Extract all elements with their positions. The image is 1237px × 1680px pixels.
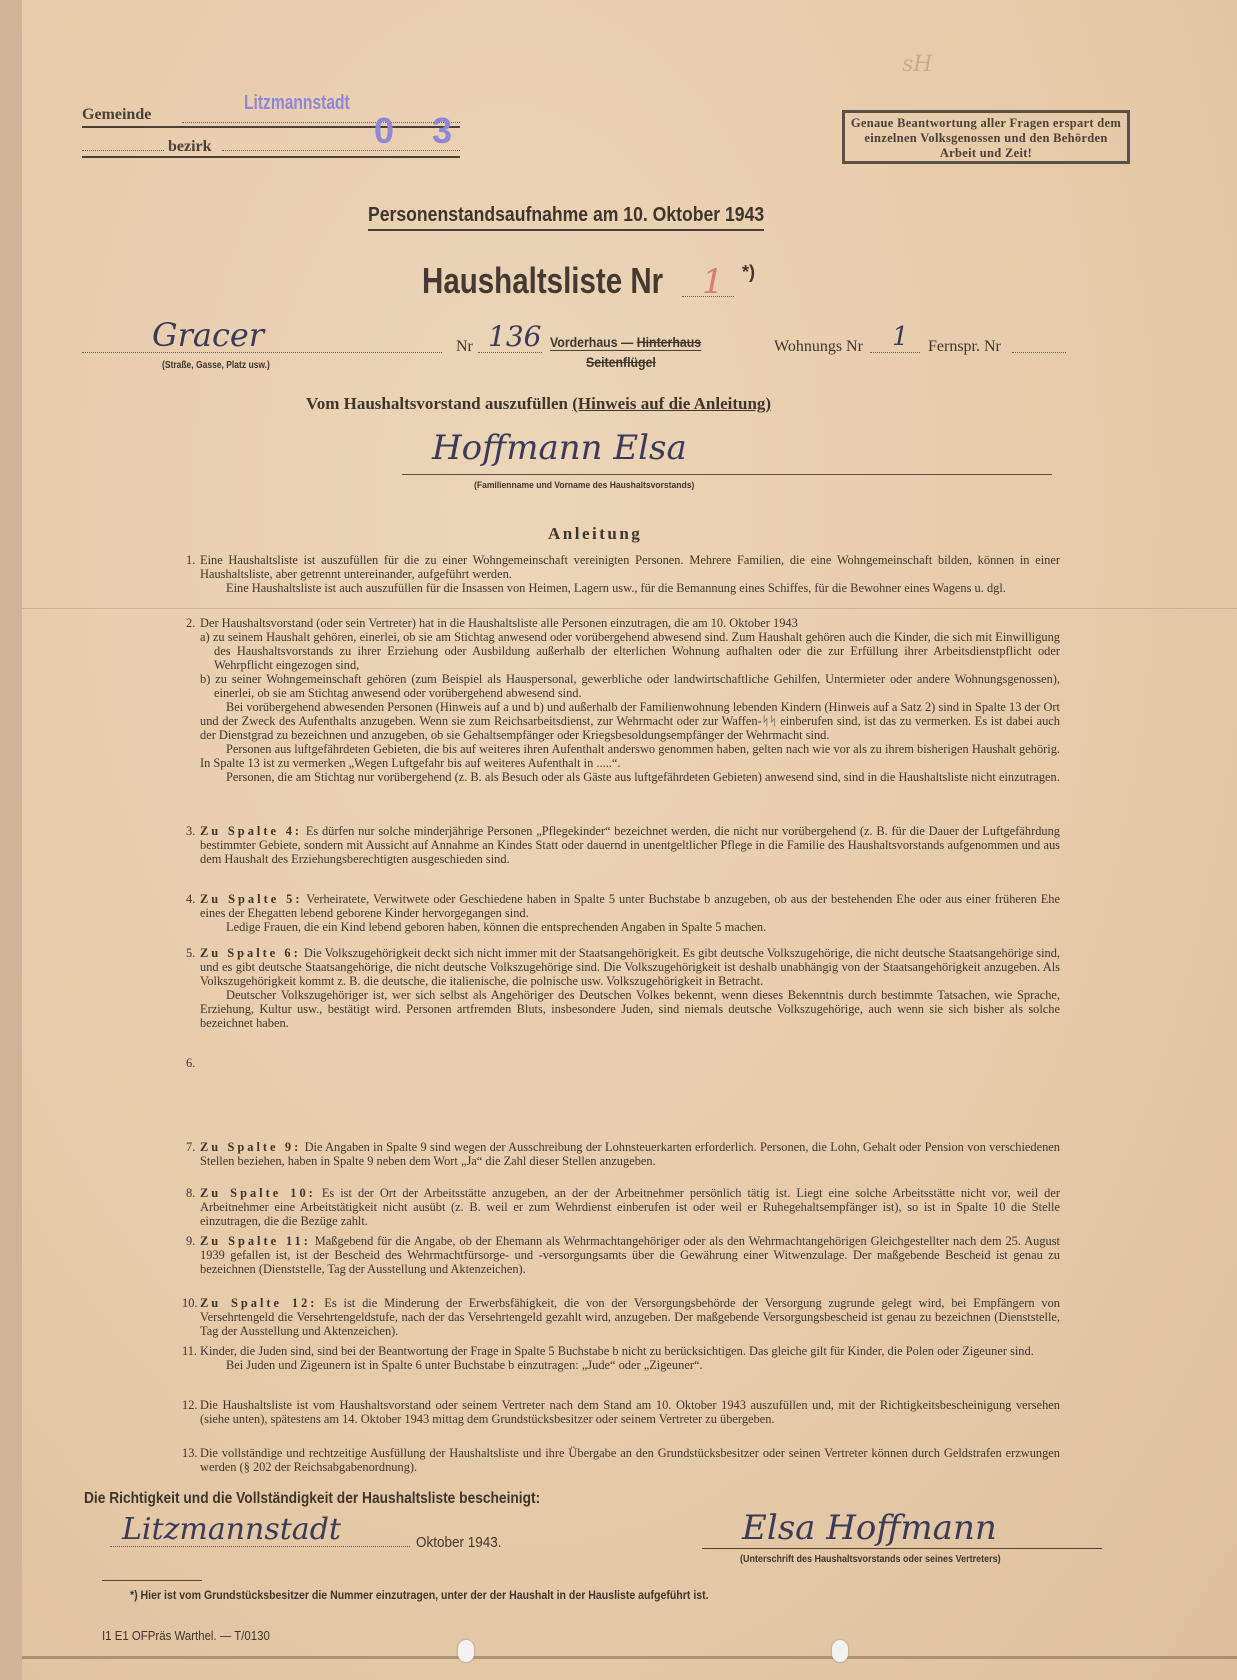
item-number: 12.	[182, 1398, 198, 1412]
item-number: 7.	[186, 1140, 195, 1154]
hinterhaus-option-struck[interactable]: Hinterhaus	[637, 334, 701, 350]
place-value[interactable]: Litzmannstadt	[122, 1512, 341, 1547]
certification-heading: Die Richtigkeit und die Vollständigkeit …	[84, 1490, 540, 1508]
instruction-text: Die vollständige und rechtzeitige Ausfül…	[200, 1446, 1060, 1474]
signature-value[interactable]: Elsa Hoffmann	[742, 1508, 997, 1548]
gemeinde-stamp[interactable]: Litzmannstadt	[244, 92, 350, 115]
head-name-line	[402, 474, 1052, 475]
street-value[interactable]: Gracer	[152, 316, 264, 354]
item-number: 1.	[186, 553, 195, 567]
phone-nr-line	[1012, 352, 1066, 353]
instruction-item-1: 1. Eine Haushaltsliste ist auszufüllen f…	[200, 553, 1060, 595]
instruction-text: Eine Haushaltsliste ist auch auszufüllen…	[200, 581, 1060, 595]
instruction-text: Die Angaben in Spalte 9 sind wegen der A…	[200, 1140, 1060, 1168]
instruction-text-b: b) zu seiner Wohngemeinschaft gehören (z…	[200, 672, 1060, 700]
instruction-item-4: 4. Zu Spalte 5: Verheiratete, Verwitwete…	[200, 892, 1060, 934]
instruction-text: Kinder, die Juden sind, sind bei der Bea…	[200, 1344, 1060, 1358]
head-instruction: Vom Haushaltsvorstand auszufüllen (Hinwe…	[306, 394, 771, 414]
instruction-item-12: 12. Die Haushaltsliste ist vom Haushalts…	[200, 1398, 1060, 1426]
vorderhaus-option[interactable]: Vorderhaus —	[550, 334, 633, 350]
item-number: 13.	[182, 1446, 198, 1460]
anleitung-reference-link[interactable]: (Hinweis auf die Anleitung)	[572, 394, 771, 413]
instruction-text-a: a) zu seinem Haushalt gehören, einerlei,…	[200, 630, 1060, 672]
instruction-text: Personen, die am Stichtag nur vorübergeh…	[200, 770, 1060, 784]
street-hint: (Straße, Gasse, Platz usw.)	[162, 360, 270, 371]
column-reference: Zu Spalte 6:	[200, 946, 301, 960]
instruction-item-2: 2. Der Haushaltsvorstand (oder sein Vert…	[200, 616, 1060, 784]
form-page: Gemeinde Litzmannstadt bezirk 0 3 sH Gen…	[22, 0, 1237, 1680]
apartment-nr-label: Wohnungs Nr	[774, 338, 863, 356]
anleitung-heading: Anleitung	[548, 524, 642, 544]
instruction-text: Bei Juden und Zigeunern ist in Spalte 6 …	[200, 1358, 1060, 1372]
instruction-item-3: 3. Zu Spalte 4: Es dürfen nur solche min…	[200, 824, 1060, 866]
bezirk-stamp[interactable]: 0 3	[374, 110, 466, 152]
paper-fold	[22, 1656, 1237, 1659]
certification-date: Oktober 1943.	[416, 1534, 502, 1551]
print-code: I1 E1 OFPräs Warthel. — T/0130	[102, 1628, 270, 1643]
notice-box: Genaue Beantwortung aller Fragen erspart…	[842, 110, 1130, 164]
column-reference: Zu Spalte 4:	[200, 824, 302, 838]
item-number: 2.	[186, 616, 195, 630]
item-number: 10.	[182, 1296, 198, 1310]
column-reference: Zu Spalte 9:	[200, 1140, 301, 1154]
instruction-item-9: 9. Zu Spalte 11: Maßgebend für die Angab…	[200, 1234, 1060, 1276]
household-list-title: Haushaltsliste Nr	[422, 260, 663, 302]
item-number: 6.	[186, 1056, 195, 1070]
instruction-text: Bei vorübergehend abwesenden Personen (H…	[200, 700, 1060, 742]
paper-crease	[22, 608, 1237, 609]
item-number: 3.	[186, 824, 195, 838]
binding-hole	[458, 1640, 474, 1662]
instruction-text: Die Haushaltsliste ist vom Haushaltsvors…	[200, 1398, 1060, 1426]
column-reference: Zu Spalte 12:	[200, 1296, 317, 1310]
instruction-text: Verheiratete, Verwitwete oder Geschieden…	[200, 892, 1060, 920]
apartment-nr-value[interactable]: 1	[892, 322, 909, 352]
item-number: 9.	[186, 1234, 195, 1248]
house-nr-value[interactable]: 136	[488, 320, 541, 353]
instruction-text: Der Haushaltsvorstand (oder sein Vertret…	[200, 616, 1060, 630]
building-type-options: Vorderhaus — Hinterhaus	[550, 334, 701, 351]
signature-hint: (Unterschrift des Haushaltsvorstands ode…	[740, 1554, 1001, 1565]
instruction-text: Eine Haushaltsliste ist auszufüllen für …	[200, 553, 1060, 581]
column-reference: Zu Spalte 5:	[200, 892, 303, 906]
instruction-item-10: 10. Zu Spalte 12: Es ist die Minderung d…	[200, 1296, 1060, 1338]
instruction-item-5: 5. Zu Spalte 6: Die Volkszugehörigkeit d…	[200, 946, 1060, 1030]
instruction-item-7: 7. Zu Spalte 9: Die Angaben in Spalte 9 …	[200, 1140, 1060, 1168]
instruction-item-13: 13. Die vollständige und rechtzeitige Au…	[200, 1446, 1060, 1474]
instruction-text: Maßgebend für die Angabe, ob der Ehemann…	[200, 1234, 1060, 1276]
head-name-hint: (Familienname und Vorname des Haushaltsv…	[474, 480, 694, 491]
apartment-nr-line	[870, 352, 920, 353]
instruction-text: Es dürfen nur solche minderjährige Perso…	[200, 824, 1060, 866]
instruction-text: Es ist die Minderung der Erwerbsfähigkei…	[200, 1296, 1060, 1338]
instruction-item-11: 11. Kinder, die Juden sind, sind bei der…	[200, 1344, 1060, 1372]
instruction-text: Personen aus luftgefährdeten Gebieten, d…	[200, 742, 1060, 770]
column-reference: Zu Spalte 11:	[200, 1234, 311, 1248]
house-nr-label: Nr	[456, 338, 473, 356]
header-rule	[82, 156, 460, 158]
list-number-value[interactable]: 1	[702, 262, 724, 302]
column-reference: Zu Spalte 10:	[200, 1186, 316, 1200]
item-number: 5.	[186, 946, 195, 960]
binding-hole	[832, 1640, 848, 1662]
footnote-rule	[102, 1580, 202, 1581]
item-number: 8.	[186, 1186, 195, 1200]
signature-line	[702, 1548, 1102, 1549]
instruction-text: Ledige Frauen, die ein Kind lebend gebor…	[200, 920, 1060, 934]
bezirk-prefix-line	[82, 150, 164, 151]
instruction-text: Deutscher Volkszugehöriger ist, wer sich…	[200, 988, 1060, 1030]
instruction-item-8: 8. Zu Spalte 10: Es ist der Ort der Arbe…	[200, 1186, 1060, 1228]
instruction-text: Die Volkszugehörigkeit deckt sich nicht …	[200, 946, 1060, 988]
footnote-text: *) Hier ist vom Grundstücksbesitzer die …	[130, 1588, 709, 1602]
seitenfluegel-option-struck[interactable]: Seitenflügel	[586, 354, 656, 370]
phone-nr-label: Fernspr. Nr	[928, 338, 1001, 356]
item-number: 11.	[182, 1344, 197, 1358]
item-number: 4.	[186, 892, 195, 906]
footnote-mark: *)	[742, 262, 755, 283]
head-instruction-text: Vom Haushaltsvorstand auszufüllen	[306, 394, 568, 413]
head-name-value[interactable]: Hoffmann Elsa	[432, 428, 687, 468]
bezirk-label: bezirk	[168, 138, 212, 156]
survey-title: Personenstandsaufnahme am 10. Oktober 19…	[368, 204, 764, 231]
corner-pencil-mark: sH	[902, 52, 932, 77]
instruction-text: Es ist der Ort der Arbeitsstätte anzugeb…	[200, 1186, 1060, 1228]
gemeinde-label: Gemeinde	[82, 106, 151, 124]
